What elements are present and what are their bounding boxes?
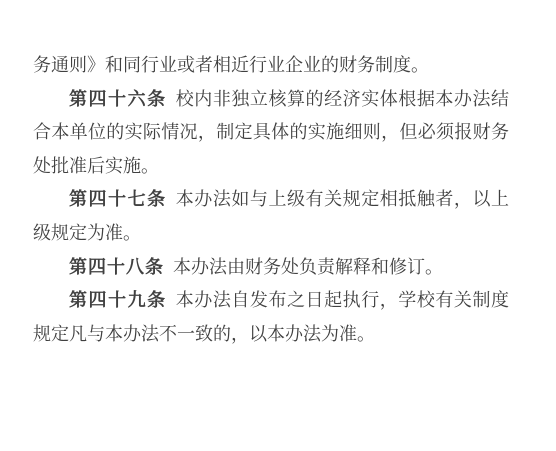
clause-number: 第四十六条 bbox=[69, 89, 167, 110]
paragraph-text: 务通则》和同行业或者相近行业企业的财务制度。 bbox=[33, 55, 429, 76]
paragraph-clause-46: 第四十六条校内非独立核算的经济实体根据本办法结合本单位的实际情况，制定具体的实施… bbox=[33, 83, 509, 184]
document-page: 务通则》和同行业或者相近行业企业的财务制度。 第四十六条校内非独立核算的经济实体… bbox=[0, 0, 556, 451]
paragraph-continuation: 务通则》和同行业或者相近行业企业的财务制度。 bbox=[33, 49, 509, 83]
paragraph-clause-47: 第四十七条本办法如与上级有关规定相抵触者，以上级规定为准。 bbox=[33, 183, 509, 250]
clause-number: 第四十九条 bbox=[69, 290, 167, 311]
clause-number: 第四十七条 bbox=[69, 189, 167, 210]
paragraph-text: 本办法由财务处负责解释和修订。 bbox=[173, 257, 443, 278]
document-text-block: 务通则》和同行业或者相近行业企业的财务制度。 第四十六条校内非独立核算的经济实体… bbox=[33, 49, 509, 351]
clause-number: 第四十八条 bbox=[69, 257, 164, 278]
paragraph-clause-48: 第四十八条本办法由财务处负责解释和修订。 bbox=[33, 251, 509, 285]
paragraph-clause-49: 第四十九条本办法自发布之日起执行，学校有关制度规定凡与本办法不一致的，以本办法为… bbox=[33, 284, 509, 351]
